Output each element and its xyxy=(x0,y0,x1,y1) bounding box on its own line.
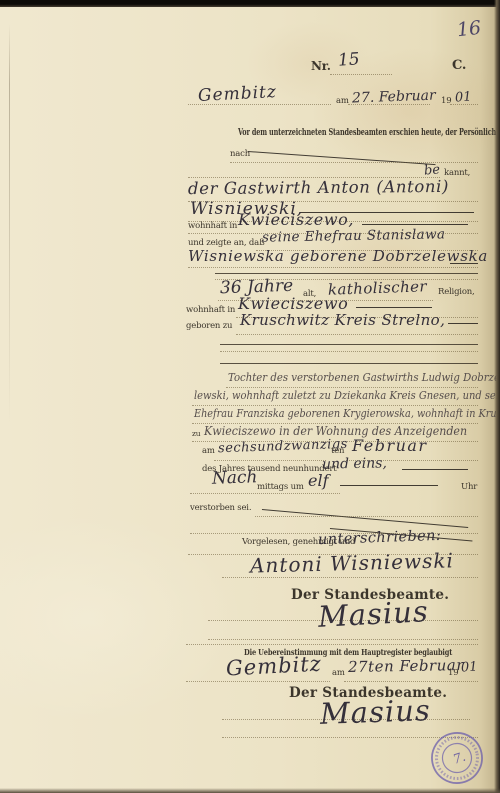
rule-line xyxy=(186,644,478,645)
record-line3: Ehefrau Franziska geborenen Krygierowska… xyxy=(194,408,500,419)
header-date: 27. Februar xyxy=(352,89,436,106)
certification-year-printed: 19 xyxy=(448,669,458,678)
announce-hand: seine Ehefrau Stanislawa xyxy=(262,228,446,245)
form-letter: C. xyxy=(452,59,466,72)
uhr-label: Uhr xyxy=(461,483,477,492)
rule-line xyxy=(190,493,340,494)
filler-stroke xyxy=(262,509,468,528)
rule-line xyxy=(186,681,330,682)
record-line4: Kwieciszewo in der Wohnung des Anzeigend… xyxy=(204,425,490,437)
rule-line xyxy=(330,74,392,75)
registrar-signature-2: Masius xyxy=(320,696,432,729)
section-separator xyxy=(220,363,478,364)
death-am-label: am xyxy=(202,447,215,456)
page-number: 16 xyxy=(456,19,482,40)
header-year-printed: 19 xyxy=(441,97,451,106)
deceased-name: Wisniewska geborene Dobrzelewska xyxy=(188,249,488,264)
wohnhaft-label-1: wohnhaft in xyxy=(188,222,237,231)
rule-line xyxy=(226,387,478,388)
certification-am-label: am xyxy=(332,669,345,678)
rule-line xyxy=(214,460,326,461)
rule-line xyxy=(192,405,478,406)
filler-dash xyxy=(362,224,468,225)
declarant-signature: Antoni Wisniewski xyxy=(250,550,454,575)
certification-year-written: 01 xyxy=(461,660,478,674)
rule-line xyxy=(255,516,478,517)
ten-label: ten xyxy=(331,447,344,456)
filler-dash xyxy=(340,485,438,486)
record-line1: Tochter des verstorbenen Gastwirths Ludw… xyxy=(228,372,500,383)
birthplace-value: Kruschwitz Kreis Strelno, xyxy=(240,313,445,328)
stamp-center-text: 7. xyxy=(451,750,467,768)
verstorben-label: verstorben sei. xyxy=(190,504,251,513)
section-separator xyxy=(220,344,478,345)
year-hand: und eins, xyxy=(322,456,387,471)
registrar-signature-1: Masius xyxy=(317,597,429,632)
wohnhaft-label-2: wohnhaft in xyxy=(186,306,235,315)
scanned-death-record-page: 16 Nr. 15 C. Gembitz am 27. Februar 19 0… xyxy=(0,0,500,793)
filler-dash xyxy=(356,307,432,308)
filler-dash xyxy=(448,323,478,324)
deceased-residence: Kwieciszewo xyxy=(238,296,348,312)
nach-label: nach xyxy=(230,150,250,159)
header-place: Gembitz xyxy=(198,84,278,105)
bekannt-hand: be xyxy=(423,163,440,177)
religion-label: Religion, xyxy=(438,288,475,297)
rule-line xyxy=(208,639,478,640)
certification-date: 27ten Februar xyxy=(348,658,464,675)
zu-label: zu xyxy=(192,430,200,438)
intro-opening: Vor dem unterzeichneten Standesbeamten e… xyxy=(238,129,500,138)
record-line2: lewski, wohnhaft zuletzt zu Dziekanka Kr… xyxy=(194,390,500,401)
declarant-line1: der Gastwirth Anton (Antoni) xyxy=(188,179,449,198)
official-stamp: 7. xyxy=(428,729,486,787)
death-month: Februar xyxy=(352,438,428,454)
rule-line xyxy=(236,334,478,335)
rule-line xyxy=(344,681,478,682)
certification-place: Gembitz xyxy=(226,654,323,680)
section-separator xyxy=(215,273,478,274)
hour-hand: elf xyxy=(308,473,329,489)
scan-top-border xyxy=(0,0,500,7)
header-am-label: am xyxy=(336,97,349,106)
header-year-written: 01 xyxy=(455,90,472,104)
rule-line xyxy=(220,351,478,352)
declarant-residence: Kwieciszewo, xyxy=(238,212,354,228)
rule-line xyxy=(230,162,478,163)
filler-dash xyxy=(402,469,468,470)
daypart-hand: Nach xyxy=(212,469,258,488)
page-right-edge xyxy=(494,0,500,793)
read-hand: unterschrieben: xyxy=(318,529,442,548)
page-bottom-edge xyxy=(0,788,500,793)
geboren-label: geboren zu xyxy=(186,322,232,331)
rule-line xyxy=(188,267,478,268)
nr-value: 15 xyxy=(337,51,360,69)
paper-fold-crease xyxy=(9,24,10,424)
death-day: sechsundzwanzigs xyxy=(218,438,348,456)
nr-label: Nr. xyxy=(311,60,331,72)
mittags-label: mittags um xyxy=(257,483,304,492)
